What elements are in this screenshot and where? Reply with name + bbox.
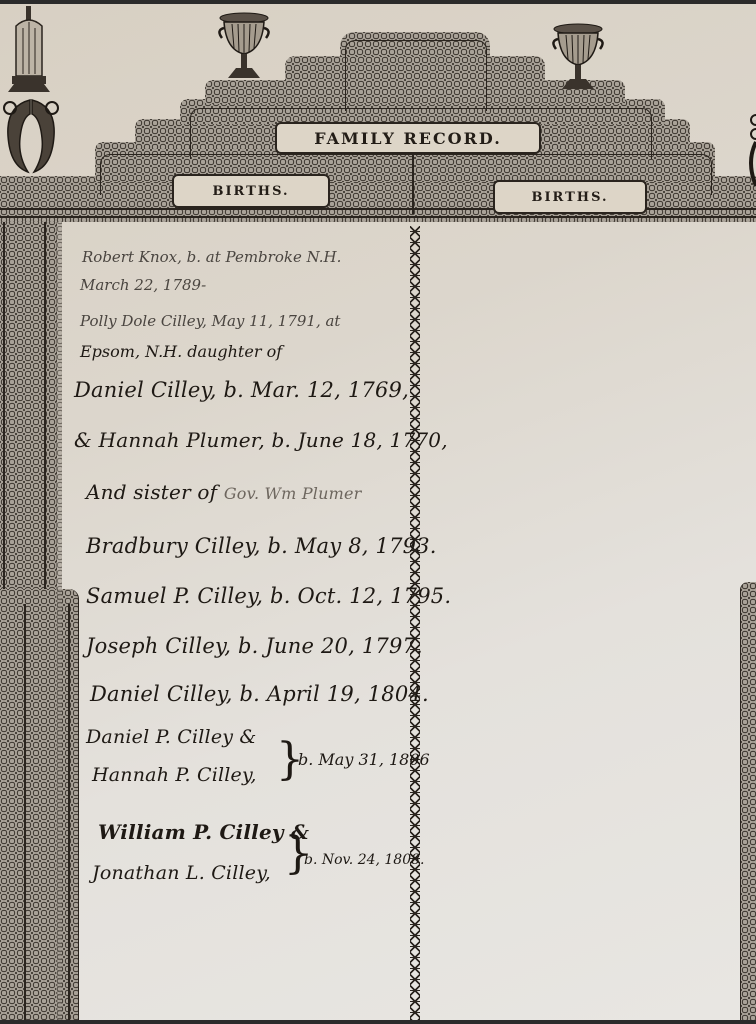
entry-jonathan-l-cilley: Jonathan L. Cilley, [92, 862, 271, 884]
entry-polly-cilley-line1: Polly Dole Cilley, May 11, 1791, at [80, 312, 340, 330]
entry-samuel-cilley: Samuel P. Cilley, b. Oct. 12, 1795. [86, 584, 451, 608]
finial-ornament-icon [4, 6, 54, 96]
left-border-line [24, 604, 26, 1020]
entry-william-p-cilley: William P. Cilley & [98, 820, 309, 844]
gov-plumer-text: Gov. Wm Plumer [224, 484, 362, 503]
pediment-center-divider [412, 154, 414, 214]
entry-joseph-cilley: Joseph Cilley, b. June 20, 1797. [86, 634, 423, 658]
births-header-right: BIRTHS. [493, 180, 647, 214]
urn-right-icon [552, 22, 604, 92]
entry-hannah-plumer: & Hannah Plumer, b. June 18, 1770, [74, 428, 448, 452]
entry-daniel-cilley-1804: Daniel Cilley, b. April 19, 1804. [90, 682, 429, 706]
births-right-column-area [425, 226, 735, 1016]
entry-robert-knox-line1: Robert Knox, b. at Pembroke N.H. [82, 248, 341, 266]
entry-bradbury-cilley: Bradbury Cilley, b. May 8, 1793. [86, 534, 437, 558]
entry-polly-cilley-line2: Epsom, N.H. daughter of [80, 342, 282, 361]
entry-sister-of-governor: And sister of Gov. Wm Plumer [86, 480, 362, 504]
acanthus-scroll-icon [0, 96, 62, 176]
right-scroll-ornament-icon [746, 112, 756, 188]
left-border-line [3, 194, 5, 589]
left-border-line [68, 604, 70, 1020]
left-border-column-upper [0, 194, 57, 589]
entry-hannah-p-cilley: Hannah P. Cilley, [92, 764, 257, 786]
entry-daniel-cilley-father: Daniel Cilley, b. Mar. 12, 1769, [74, 378, 409, 402]
twins-2-birth-date: b. Nov. 24, 1808. [304, 852, 424, 868]
right-border-column-lower [740, 582, 756, 1020]
births-header-left: BIRTHS. [172, 174, 330, 208]
sister-of-text: And sister of [86, 480, 217, 504]
pediment-outline [345, 40, 487, 111]
entry-daniel-p-cilley: Daniel P. Cilley & [86, 726, 257, 748]
pediment-base-line [0, 216, 756, 218]
family-record-title: FAMILY RECORD. [275, 122, 541, 154]
entry-robert-knox-line2: March 22, 1789- [80, 276, 206, 294]
twins-1-birth-date: b. May 31, 1806 [298, 750, 430, 769]
family-record-page: FAMILY RECORD. BIRTHS. BIRTHS. Robert Kn… [0, 4, 756, 1020]
urn-left-icon [218, 12, 270, 80]
left-border-line [44, 194, 46, 589]
left-inner-border [56, 209, 62, 1020]
column-divider-stars [410, 226, 420, 1020]
